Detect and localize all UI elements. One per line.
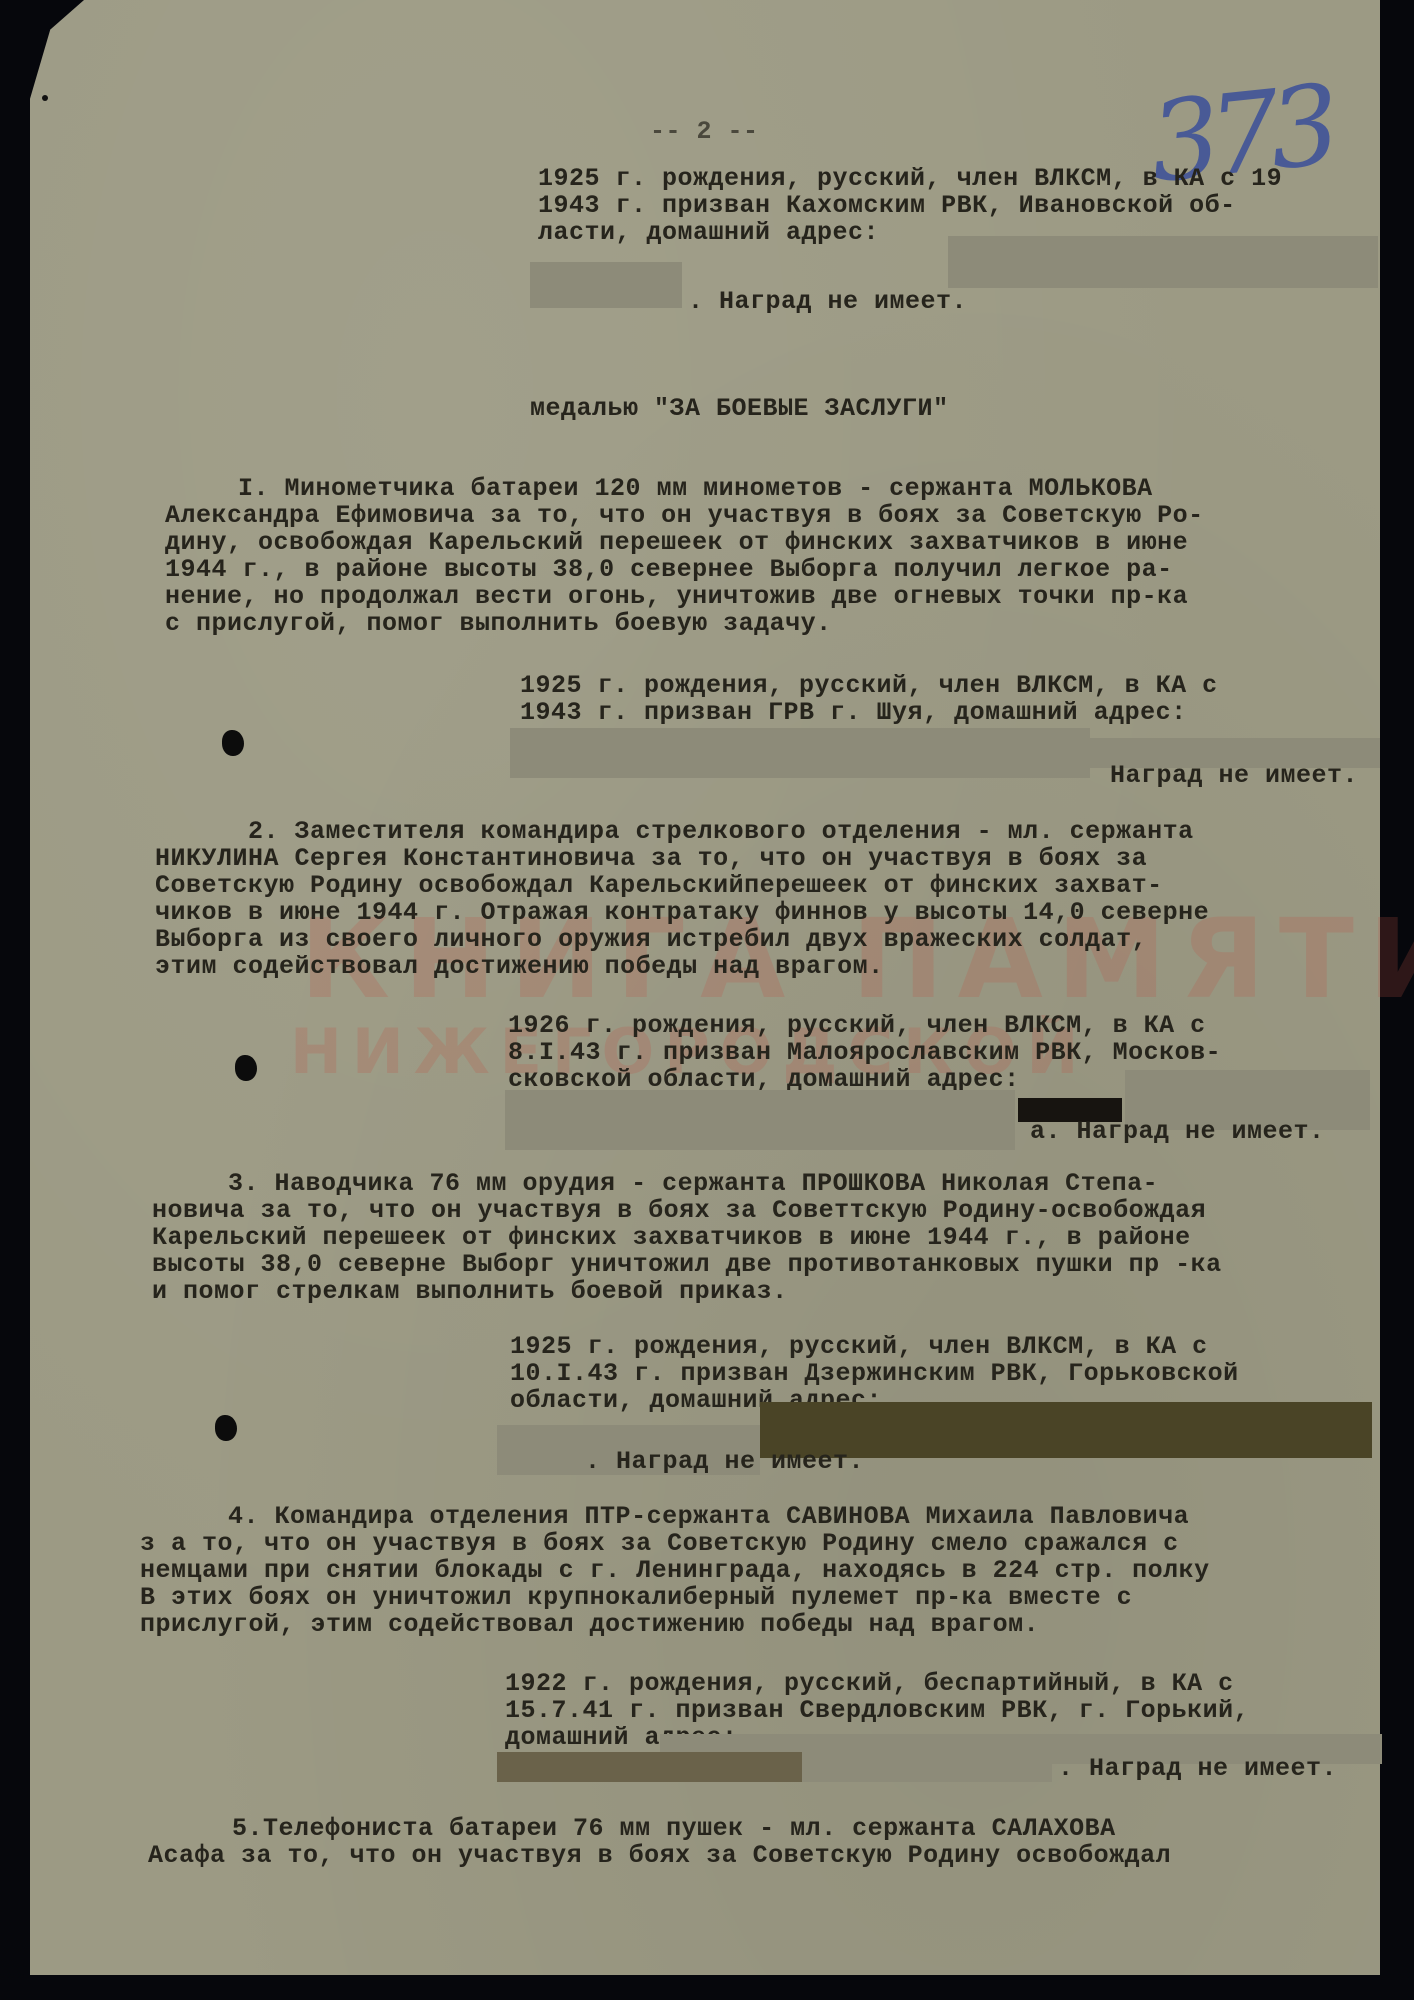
bio-line: 1925 г. рождения, русский, член ВЛКСМ, в… xyxy=(520,672,1218,699)
citation-line: нение, но продолжал вести огонь, уничтож… xyxy=(165,583,1188,610)
bio-line: сковской области, домашний адрес: xyxy=(508,1066,1020,1093)
citation-line: 1944 г., в районе высоты 38,0 севернее В… xyxy=(165,556,1173,583)
redacted-address xyxy=(802,1752,1052,1782)
citation-line: с прислугой, помог выполнить боевую зада… xyxy=(165,610,832,637)
citation-line: з а то, что он участвуя в боях за Советс… xyxy=(140,1530,1179,1557)
citation-line: Выборга из своего личного оружия истреби… xyxy=(155,926,1147,953)
citation-line: В этих боях он уничтожил крупнокалиберны… xyxy=(140,1584,1132,1611)
awards-note: а. Наград не имеет. xyxy=(1030,1118,1325,1145)
citation-line: I. Минометчика батареи 120 мм минометов … xyxy=(238,475,1153,502)
citation-line: прислугой, этим содействовал достижению … xyxy=(140,1611,1039,1638)
citation-line: высоты 38,0 северне Выборг уничтожил две… xyxy=(152,1251,1222,1278)
punch-hole xyxy=(215,1415,237,1441)
bio-line: 1926 г. рождения, русский, член ВЛКСМ, в… xyxy=(508,1012,1206,1039)
awards-note: Наград не имеет. xyxy=(1110,762,1358,789)
citation-line: немцами при снятии блокады с г. Ленингра… xyxy=(140,1557,1210,1584)
citation-line: 3. Наводчика 76 мм орудия - сержанта ПРО… xyxy=(228,1170,1158,1197)
bio-line: 1925 г. рождения, русский, член ВЛКСМ, в… xyxy=(510,1333,1208,1360)
punch-hole xyxy=(222,730,244,756)
punch-hole xyxy=(235,1055,257,1081)
citation-line: Советскую Родину освобождал Карельскийпе… xyxy=(155,872,1163,899)
redacted-address xyxy=(510,728,1090,778)
paper-mark xyxy=(42,95,48,101)
citation-line: 2. Заместителя командира стрелкового отд… xyxy=(248,818,1194,845)
redacted-address xyxy=(835,1090,1015,1150)
citation-line: новича за то, что он участвуя в боях за … xyxy=(152,1197,1206,1224)
header-bio-line: ласти, домашний адрес: xyxy=(538,219,879,246)
bio-line: 10.I.43 г. призван Дзержинским РВК, Горь… xyxy=(510,1360,1239,1387)
header-awards-note: . Наград не имеет. xyxy=(688,288,967,315)
medal-heading: медалью "ЗА БОЕВЫЕ ЗАСЛУГИ" xyxy=(530,395,949,422)
citation-line: этим содействовал достижению победы над … xyxy=(155,953,884,980)
citation-line: дину, освобождая Карельский перешеек от … xyxy=(165,529,1188,556)
citation-line: 5.Телефониста батареи 76 мм пушек - мл. … xyxy=(232,1815,1116,1842)
bio-line: 1943 г. призван ГРВ г. Шуя, домашний адр… xyxy=(520,699,1187,726)
citation-line: Карельский перешеек от финских захватчик… xyxy=(152,1224,1191,1251)
citation-line: Асафа за то, что он участвуя в боях за С… xyxy=(148,1842,1171,1869)
page-number: -- 2 -- xyxy=(650,118,759,145)
awards-note: . Наград не имеет. xyxy=(585,1448,864,1475)
bio-line: 8.I.43 г. призван Малоярославским РВК, М… xyxy=(508,1039,1221,1066)
redacted-address xyxy=(948,236,1378,288)
citation-line: и помог стрелкам выполнить боевой приказ… xyxy=(152,1278,788,1305)
citation-line: чиков в июне 1944 г. Отражая контратаку … xyxy=(155,899,1209,926)
header-bio-line: 1925 г. рождения, русский, член ВЛКСМ, в… xyxy=(538,165,1282,192)
citation-line: 4. Командира отделения ПТР-сержанта САВИ… xyxy=(228,1503,1189,1530)
awards-note: . Наград не имеет. xyxy=(1058,1755,1337,1782)
redacted-address xyxy=(505,1090,835,1150)
header-bio-line: 1943 г. призван Кахомским РВК, Ивановско… xyxy=(538,192,1236,219)
citation-line: НИКУЛИНА Сергея Константиновича за то, ч… xyxy=(155,845,1147,872)
bio-line: 1922 г. рождения, русский, беспартийный,… xyxy=(505,1670,1234,1697)
redacted-address xyxy=(497,1752,802,1782)
redacted-address xyxy=(530,262,682,308)
citation-line: Александра Ефимовича за то, что он участ… xyxy=(165,502,1204,529)
bio-line: 15.7.41 г. призван Свердловским РВК, г. … xyxy=(505,1697,1249,1724)
